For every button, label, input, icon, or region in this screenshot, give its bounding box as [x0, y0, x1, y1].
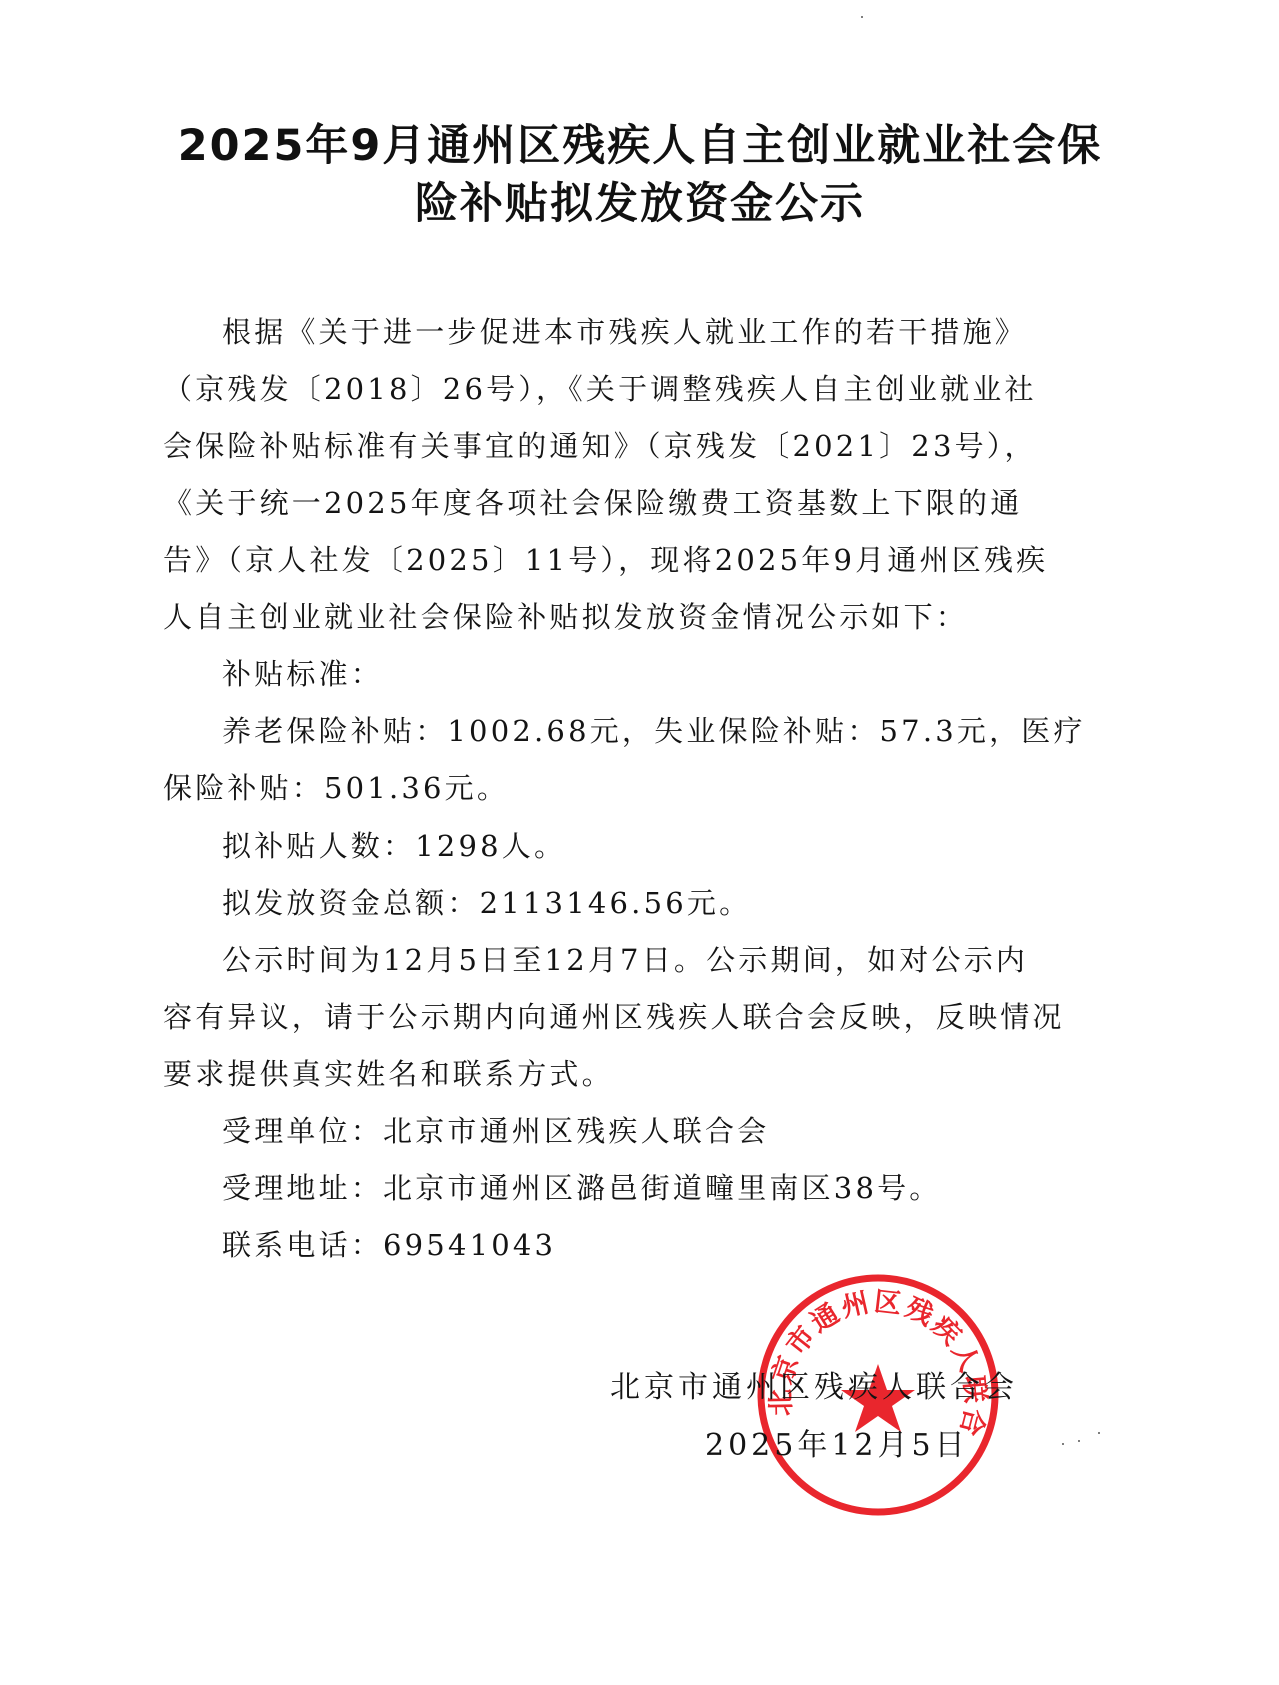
body-line: 《关于统一2025年度各项社会保险缴费工资基数上下限的通	[163, 483, 1123, 523]
body-line: 根据《关于进一步促进本市残疾人就业工作的若干措施》	[222, 312, 1182, 352]
total-amount: 拟发放资金总额：2113146.56元。	[222, 883, 1182, 923]
publicity-period-line: 容有异议，请于公示期内向通州区残疾人联合会反映，反映情况	[163, 997, 1123, 1037]
scan-speck	[1062, 1443, 1064, 1445]
subsidy-standard-heading: 补贴标准：	[222, 654, 1182, 694]
scan-speck	[1098, 1432, 1100, 1434]
publicity-period-line: 要求提供真实姓名和联系方式。	[163, 1054, 1123, 1094]
body-line: （京残发〔2018〕26号），《关于调整残疾人自主创业就业社	[163, 369, 1123, 409]
recipients-count: 拟补贴人数：1298人。	[222, 826, 1182, 866]
contact-unit: 受理单位：北京市通州区残疾人联合会	[222, 1111, 1182, 1151]
body-line: 会保险补贴标准有关事宜的通知》（京残发〔2021〕23号），	[163, 426, 1123, 466]
scan-speck	[861, 16, 863, 18]
body-line: 人自主创业就业社会保险补贴拟发放资金情况公示如下：	[163, 597, 1123, 637]
contact-phone: 联系电话：69541043	[222, 1225, 1182, 1265]
subsidy-standard-line: 养老保险补贴：1002.68元，失业保险补贴：57.3元，医疗	[222, 711, 1182, 751]
document-title-line-1: 2025年9月通州区残疾人自主创业就业社会保	[150, 118, 1130, 174]
scan-speck	[1078, 1440, 1080, 1442]
document-page: 2025年9月通州区残疾人自主创业就业社会保 险补贴拟发放资金公示 根据《关于进…	[0, 0, 1279, 1685]
signature-date: 2025年12月5日	[705, 1420, 969, 1464]
contact-address: 受理地址：北京市通州区潞邑街道疃里南区38号。	[222, 1168, 1182, 1208]
subsidy-standard-line: 保险补贴：501.36元。	[163, 768, 1123, 808]
document-title-line-2: 险补贴拟发放资金公示	[150, 176, 1130, 232]
body-line: 告》（京人社发〔2025〕11号），现将2025年9月通州区残疾	[163, 540, 1123, 580]
publicity-period-line: 公示时间为12月5日至12月7日。公示期间，如对公示内	[222, 940, 1182, 980]
signature-organization: 北京市通州区残疾人联合会	[610, 1362, 1018, 1406]
